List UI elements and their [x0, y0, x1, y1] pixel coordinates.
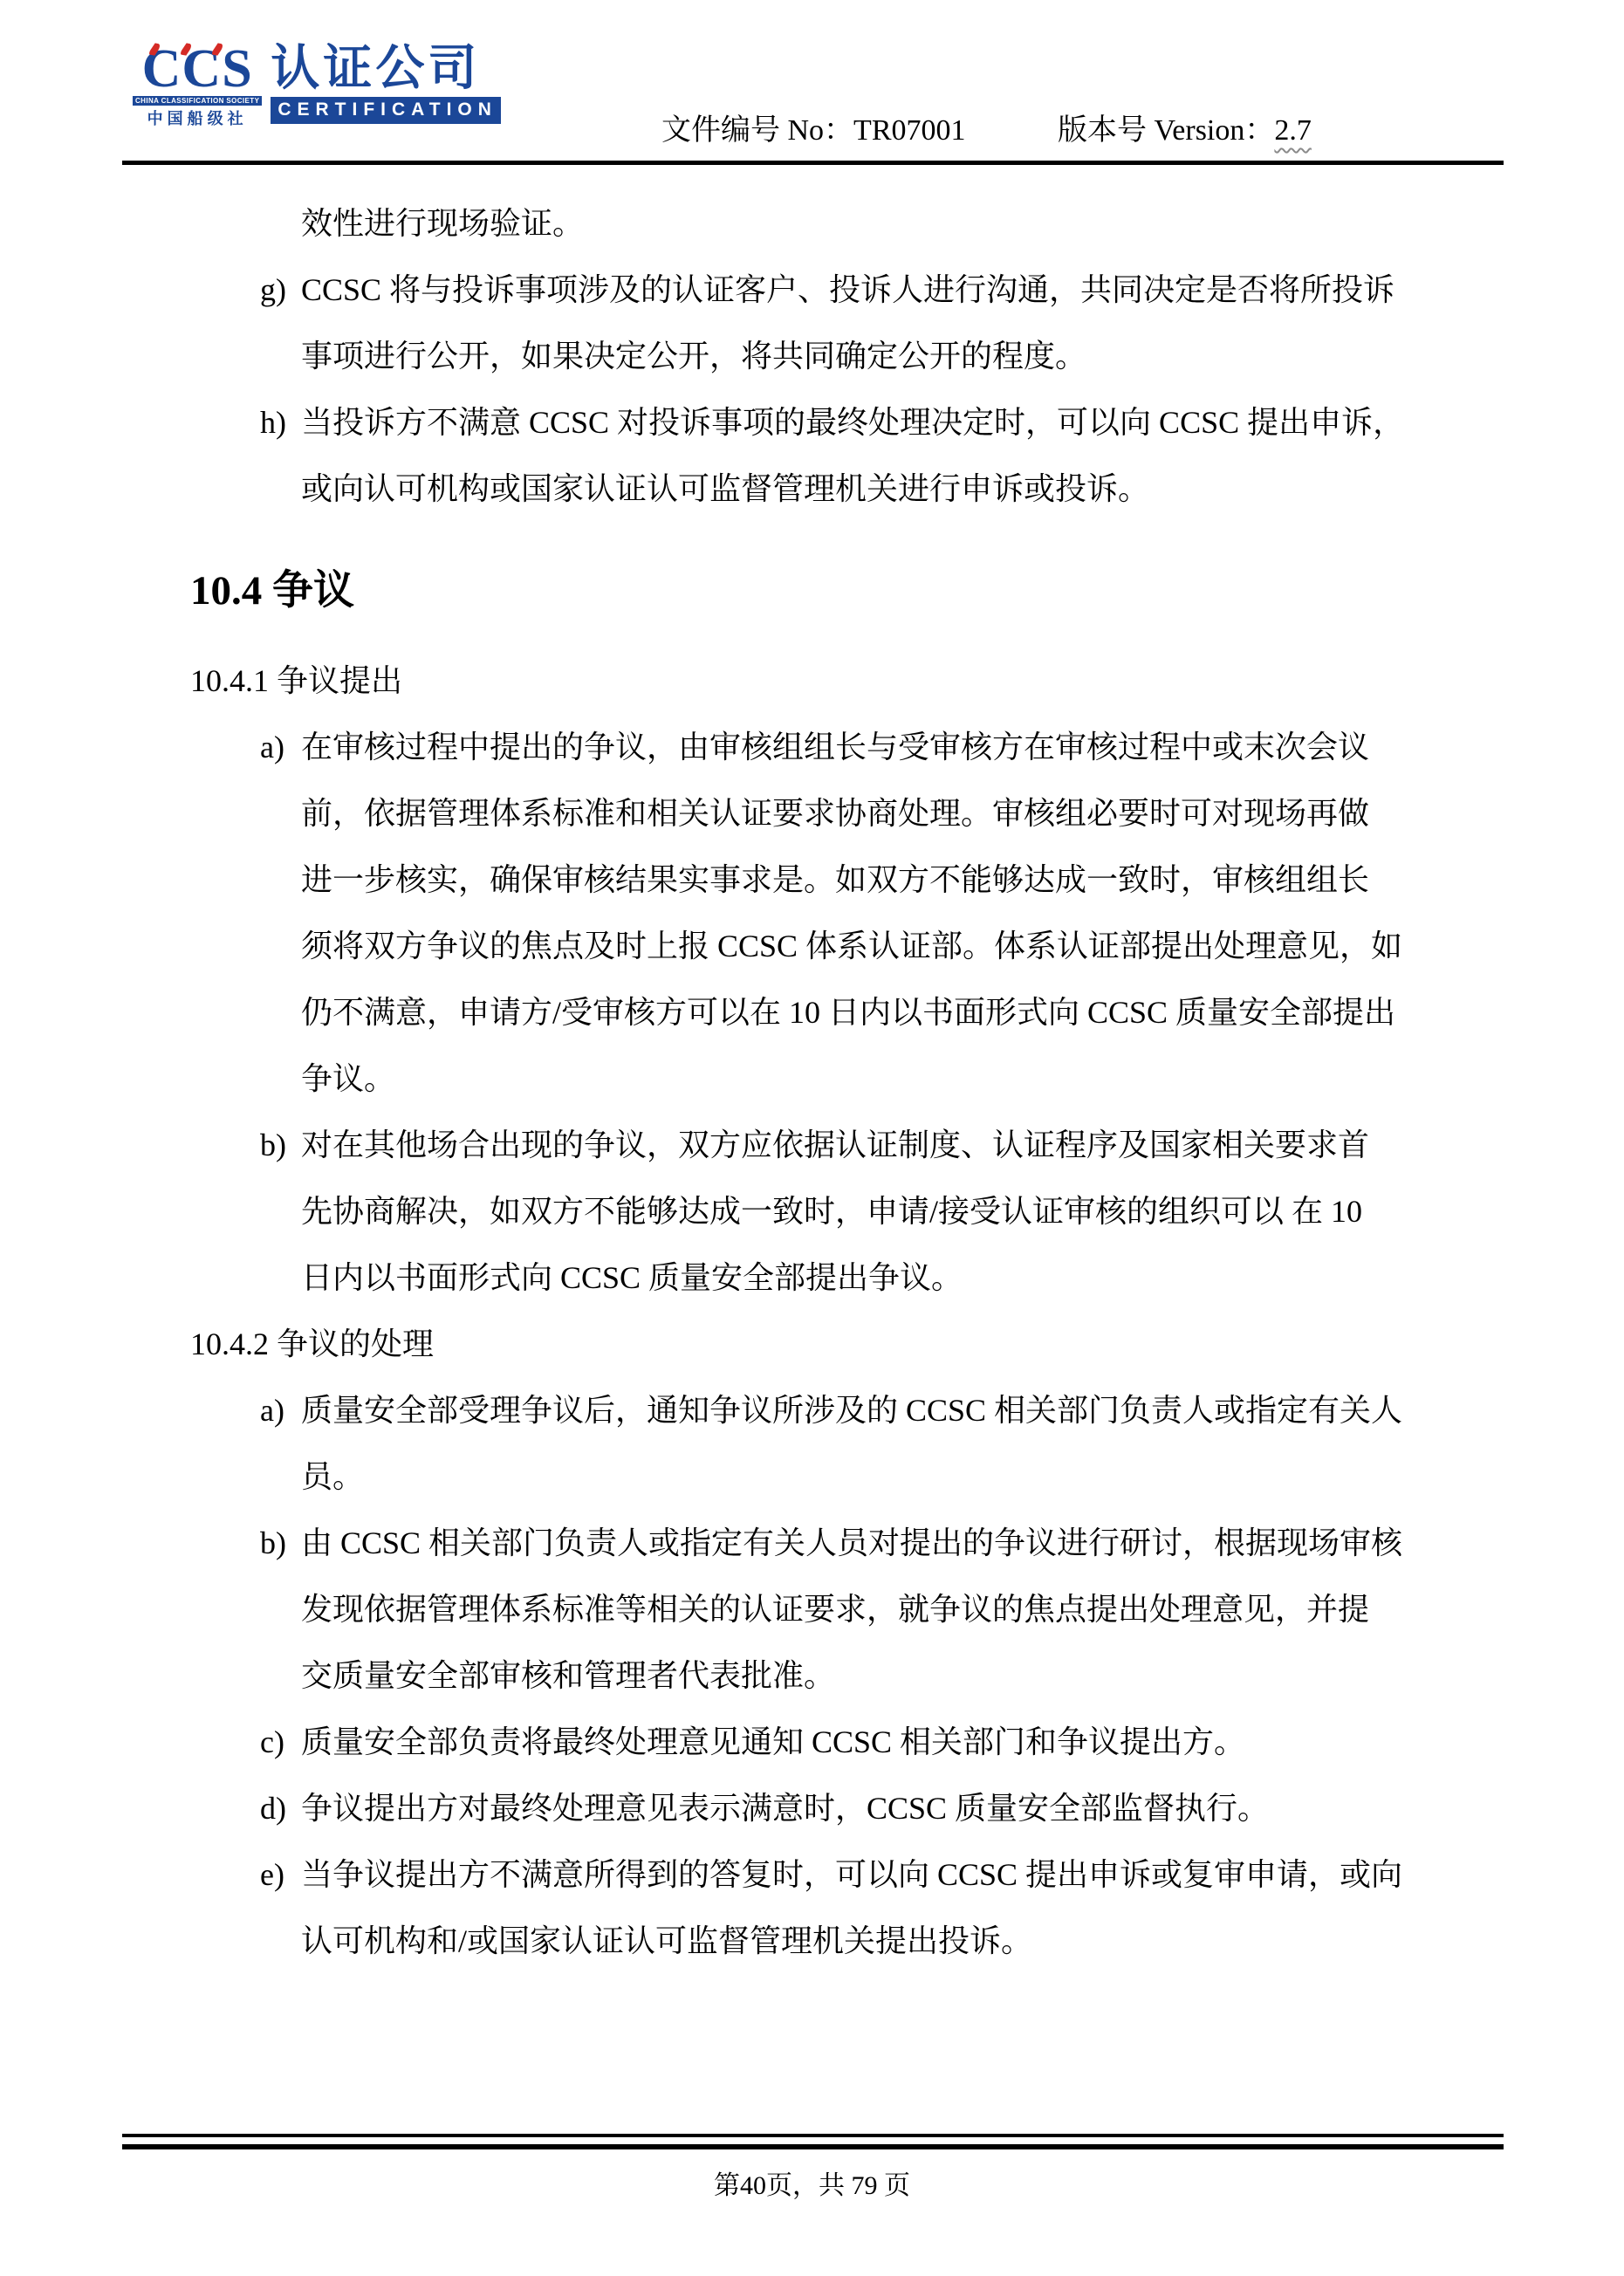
list-item: b)由 CCSC 相关部门负责人或指定有关人员对提出的争议进行研讨，根据现场审核…	[122, 1510, 1502, 1709]
ccs-logo-text: CCS	[142, 44, 253, 94]
page-number: 第40页，共 79 页	[0, 2166, 1624, 2206]
list-marker: d)	[260, 1775, 286, 1841]
document-number: 文件编号 No：TR07001	[661, 106, 966, 148]
document-page: CCS CHINA CLASSIFICATION SOCIETY 中国船级社 认…	[0, 0, 1624, 2276]
ccs-logo: CCS CHINA CLASSIFICATION SOCIETY 中国船级社 认…	[133, 44, 501, 129]
paragraph-line: 事项进行公开，如果决定公开，将共同确定公开的程度。	[301, 323, 1502, 389]
version-value: 2.7	[1274, 114, 1312, 147]
list-item: e)当争议提出方不满意所得到的答复时，可以向 CCSC 提出申诉或复审申请，或向…	[122, 1841, 1502, 1974]
paragraph-line: 当投诉方不满意 CCSC 对投诉事项的最终处理决定时，可以向 CCSC 提出申诉…	[301, 389, 1502, 456]
list-item: g)CCSC 将与投诉事项涉及的认证客户、投诉人进行沟通，共同决定是否将所投诉事…	[122, 257, 1502, 389]
footer-divider	[122, 2134, 1504, 2149]
paragraph-line: 员。	[301, 1443, 1502, 1510]
ccs-logo-right: 认证公司 CERTIFICATION	[271, 44, 501, 124]
list-item: a)在审核过程中提出的争议，由审核组组长与受审核方在审核过程中或末次会议前，依据…	[122, 714, 1502, 1112]
list-item: b)对在其他场合出现的争议，双方应依据认证制度、认证程序及国家相关要求首先协商解…	[122, 1112, 1502, 1311]
brand-cn-label: 认证公司	[271, 44, 501, 94]
list-marker: h)	[260, 389, 286, 456]
society-cn-label: 中国船级社	[147, 106, 248, 129]
list-marker: b)	[260, 1112, 286, 1178]
paragraph-line: 进一步核实，确保审核结果实事求是。如双方不能够达成一致时，审核组组长	[301, 847, 1502, 913]
paragraph-line: 日内以书面形式向 CCSC 质量安全部提出争议。	[301, 1244, 1502, 1311]
paragraph-line: 发现依据管理体系标准等相关的认证要求，就争议的焦点提出处理意见，并提	[301, 1576, 1502, 1642]
list-marker: c)	[260, 1709, 284, 1775]
header-divider	[122, 161, 1504, 165]
paragraph-line: 争议。	[301, 1045, 1502, 1112]
paragraph-line: 须将双方争议的焦点及时上报 CCSC 体系认证部。体系认证部提出处理意见，如	[301, 913, 1502, 979]
ccs-logo-left: CCS CHINA CLASSIFICATION SOCIETY 中国船级社	[133, 44, 262, 129]
list-item: h)当投诉方不满意 CCSC 对投诉事项的最终处理决定时，可以向 CCSC 提出…	[122, 389, 1502, 522]
list-item: a)质量安全部受理争议后，通知争议所涉及的 CCSC 相关部门负责人或指定有关人…	[122, 1377, 1502, 1510]
list-marker: g)	[260, 257, 286, 323]
paragraph-line: 或向认可机构或国家认证认可监督管理机关进行申诉或投诉。	[301, 456, 1502, 522]
paragraph-line: 前，依据管理体系标准和相关认证要求协商处理。审核组必要时可对现场再做	[301, 780, 1502, 847]
footer-rule-thin	[122, 2134, 1504, 2137]
ccs-flame-icon	[142, 45, 253, 56]
paragraph-line: 在审核过程中提出的争议，由审核组组长与受审核方在审核过程中或末次会议	[301, 714, 1502, 780]
document-body: 效性进行现场验证。g)CCSC 将与投诉事项涉及的认证客户、投诉人进行沟通，共同…	[122, 190, 1502, 1974]
paragraph-line: 交质量安全部审核和管理者代表批准。	[301, 1642, 1502, 1709]
list-marker: e)	[260, 1841, 284, 1908]
paragraph-line: 认可机构和/或国家认证认可监督管理机关提出投诉。	[301, 1908, 1502, 1974]
list-item: c)质量安全部负责将最终处理意见通知 CCSC 相关部门和争议提出方。	[122, 1709, 1502, 1775]
certification-banner: CERTIFICATION	[271, 97, 501, 124]
page-header: CCS CHINA CLASSIFICATION SOCIETY 中国船级社 认…	[122, 33, 1502, 162]
list-marker: b)	[260, 1510, 286, 1576]
list-item: d)争议提出方对最终处理意见表示满意时，CCSC 质量安全部监督执行。	[122, 1775, 1502, 1841]
paragraph-line: 当争议提出方不满意所得到的答复时，可以向 CCSC 提出申诉或复审申请，或向	[301, 1841, 1502, 1908]
version-field: 版本号 Version：2.7	[1058, 106, 1312, 148]
section-heading: 10.4 争议	[190, 566, 1502, 616]
paragraph-line: 由 CCSC 相关部门负责人或指定有关人员对提出的争议进行研讨，根据现场审核	[301, 1510, 1502, 1576]
paragraph-line: 质量安全部受理争议后，通知争议所涉及的 CCSC 相关部门负责人或指定有关人	[301, 1377, 1502, 1443]
list-marker: a)	[260, 1377, 284, 1443]
subsection-heading: 10.4.1 争议提出	[190, 648, 1502, 714]
paragraph-line: 质量安全部负责将最终处理意见通知 CCSC 相关部门和争议提出方。	[301, 1709, 1502, 1775]
subsection-heading: 10.4.2 争议的处理	[190, 1311, 1502, 1377]
footer-rule-thick	[122, 2144, 1504, 2149]
paragraph-line: CCSC 将与投诉事项涉及的认证客户、投诉人进行沟通，共同决定是否将所投诉	[301, 257, 1502, 323]
list-marker: a)	[260, 714, 284, 780]
paragraph-line: 仍不满意，申请方/受审核方可以在 10 日内以书面形式向 CCSC 质量安全部提…	[301, 979, 1502, 1045]
paragraph-line: 先协商解决，如双方不能够达成一致时，申请/接受认证审核的组织可以 在 10	[301, 1178, 1502, 1244]
paragraph-line: 效性进行现场验证。	[301, 190, 1502, 257]
paragraph-line: 争议提出方对最终处理意见表示满意时，CCSC 质量安全部监督执行。	[301, 1775, 1502, 1841]
version-label: 版本号 Version：	[1058, 114, 1274, 147]
paragraph-line: 对在其他场合出现的争议，双方应依据认证制度、认证程序及国家相关要求首	[301, 1112, 1502, 1178]
